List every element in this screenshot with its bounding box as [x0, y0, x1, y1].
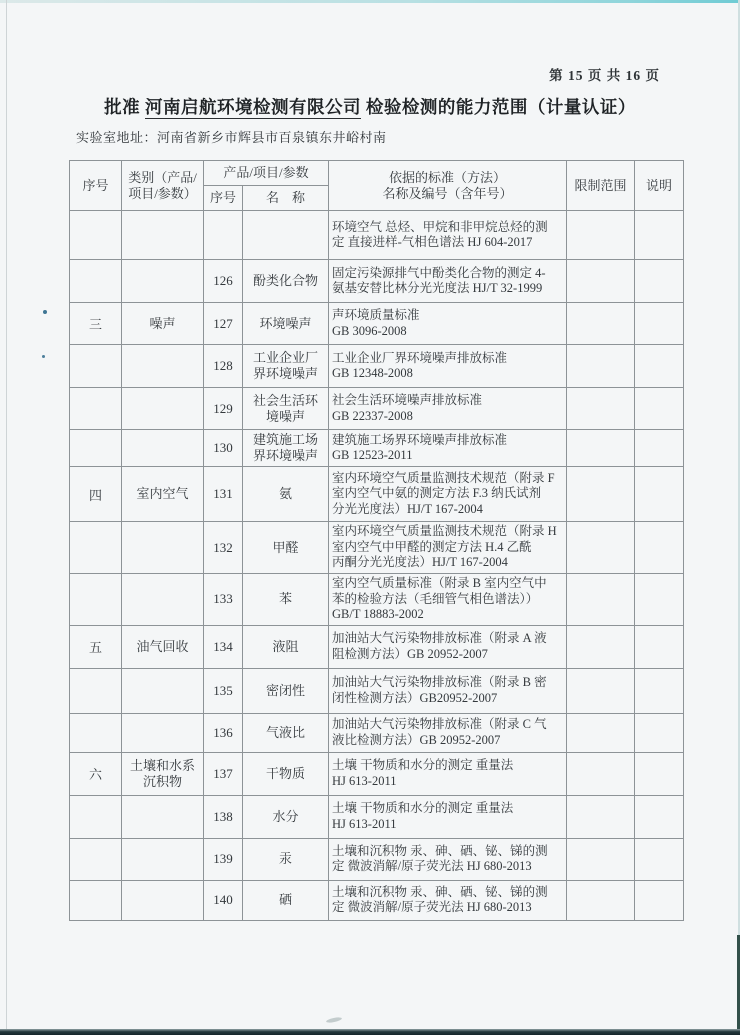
table-row: 130建筑施工场 界环境噪声建筑施工场界环境噪声排放标准 GB 12523-20…	[70, 430, 684, 467]
cell-category: 噪声	[122, 303, 204, 345]
ink-speck	[43, 310, 47, 314]
cell-item-name: 甲醛	[243, 522, 329, 574]
cell-item-name: 密闭性	[243, 668, 329, 713]
cell-note	[635, 625, 684, 668]
table-row: 136气液比加油站大气污染物排放标准（附录 C 气 液比检测方法）GB 2095…	[70, 713, 684, 752]
table-row: 三噪声127环境噪声声环境质量标准 GB 3096-2008	[70, 303, 684, 345]
scan-edge-top	[0, 0, 740, 3]
cell-note	[635, 260, 684, 303]
cell-standard: 社会生活环境噪声排放标准 GB 22337-2008	[329, 388, 567, 430]
header-item-name: 名 称	[243, 186, 329, 211]
cell-item-name: 社会生活环 境噪声	[243, 388, 329, 430]
cell-item-name: 环境噪声	[243, 303, 329, 345]
cell-note	[635, 388, 684, 430]
cell-note	[635, 880, 684, 920]
cell-item-name: 水分	[243, 795, 329, 838]
cell-standard: 室内环境空气质量监测技术规范（附录 H 室内空气中甲醛的测定方法 H.4 乙酰 …	[329, 522, 567, 574]
smudge-artifact	[326, 1016, 342, 1023]
cell-standard: 声环境质量标准 GB 3096-2008	[329, 303, 567, 345]
cell-limit	[567, 713, 635, 752]
cell-category: 室内空气	[122, 467, 204, 522]
cell-item-seq	[204, 211, 243, 260]
cell-category	[122, 880, 204, 920]
cell-category	[122, 211, 204, 260]
cell-note	[635, 522, 684, 574]
cell-note	[635, 345, 684, 388]
table-row: 五油气回收134液阻加油站大气污染物排放标准（附录 A 液 阻检测方法）GB 2…	[70, 625, 684, 668]
table-row: 132甲醛室内环境空气质量监测技术规范（附录 H 室内空气中甲醛的测定方法 H.…	[70, 522, 684, 574]
cell-group-seq	[70, 522, 122, 574]
cell-limit	[567, 303, 635, 345]
cell-category: 油气回收	[122, 625, 204, 668]
cell-note	[635, 467, 684, 522]
document-title: 批准 河南启航环境检测有限公司 检验检测的能力范围（计量认证）	[0, 94, 740, 119]
cell-item-name: 气液比	[243, 713, 329, 752]
cell-group-seq	[70, 838, 122, 880]
cell-group-seq	[70, 211, 122, 260]
cell-note	[635, 838, 684, 880]
cell-category	[122, 838, 204, 880]
cell-item-name: 液阻	[243, 625, 329, 668]
cell-group-seq	[70, 713, 122, 752]
cell-item-name: 苯	[243, 574, 329, 626]
table-row: 环境空气 总烃、甲烷和非甲烷总烃的测 定 直接进样-气相色谱法 HJ 604-2…	[70, 211, 684, 260]
table-row: 133苯室内空气质量标准（附录 B 室内空气中 苯的检验方法（毛细管气相色谱法）…	[70, 574, 684, 626]
cell-limit	[567, 345, 635, 388]
cell-limit	[567, 668, 635, 713]
cell-category	[122, 574, 204, 626]
table-body: 环境空气 总烃、甲烷和非甲烷总烃的测 定 直接进样-气相色谱法 HJ 604-2…	[70, 211, 684, 921]
header-note: 说明	[635, 161, 684, 211]
document-page: 第 15 页 共 16 页 批准 河南启航环境检测有限公司 检验检测的能力范围（…	[0, 0, 740, 1035]
cell-standard: 室内空气质量标准（附录 B 室内空气中 苯的检验方法（毛细管气相色谱法）） GB…	[329, 574, 567, 626]
cell-group-seq	[70, 430, 122, 467]
header-product-group: 产品/项目/参数	[204, 161, 329, 186]
cell-item-seq: 128	[204, 345, 243, 388]
cell-note	[635, 795, 684, 838]
cell-standard: 土壤和沉积物 汞、砷、硒、铋、锑的测 定 微波消解/原子荧光法 HJ 680-2…	[329, 880, 567, 920]
header-category: 类别（产品/ 项目/参数）	[122, 161, 204, 211]
cell-category	[122, 713, 204, 752]
scan-edge-bottom	[0, 1029, 740, 1035]
cell-group-seq	[70, 795, 122, 838]
cell-note	[635, 211, 684, 260]
table-row: 139汞土壤和沉积物 汞、砷、硒、铋、锑的测 定 微波消解/原子荧光法 HJ 6…	[70, 838, 684, 880]
table-row: 140硒土壤和沉积物 汞、砷、硒、铋、锑的测 定 微波消解/原子荧光法 HJ 6…	[70, 880, 684, 920]
cell-category: 土壤和水系 沉积物	[122, 752, 204, 795]
page-number: 第 15 页 共 16 页	[0, 64, 660, 84]
cell-standard: 土壤 干物质和水分的测定 重量法 HJ 613-2011	[329, 795, 567, 838]
table-row: 126酚类化合物固定污染源排气中酚类化合物的测定 4- 氨基安替比林分光光度法 …	[70, 260, 684, 303]
cell-group-seq: 四	[70, 467, 122, 522]
cell-item-seq: 127	[204, 303, 243, 345]
cell-group-seq	[70, 388, 122, 430]
cell-item-seq: 126	[204, 260, 243, 303]
cell-note	[635, 430, 684, 467]
cell-group-seq: 六	[70, 752, 122, 795]
cell-standard: 环境空气 总烃、甲烷和非甲烷总烃的测 定 直接进样-气相色谱法 HJ 604-2…	[329, 211, 567, 260]
cell-standard: 室内环境空气质量监测技术规范（附录 F 室内空气中氨的测定方法 F.3 纳氏试剂…	[329, 467, 567, 522]
table-row: 135密闭性加油站大气污染物排放标准（附录 B 密 闭性检测方法）GB20952…	[70, 668, 684, 713]
cell-item-seq: 133	[204, 574, 243, 626]
company-name: 河南启航环境检测有限公司	[145, 97, 361, 119]
table-header: 序号 类别（产品/ 项目/参数） 产品/项目/参数 依据的标准（方法） 名称及编…	[70, 161, 684, 211]
title-suffix: 检验检测的能力范围（计量认证）	[366, 97, 636, 117]
cell-group-seq	[70, 574, 122, 626]
cell-limit	[567, 752, 635, 795]
cell-group-seq	[70, 880, 122, 920]
cell-item-name: 干物质	[243, 752, 329, 795]
table-row: 128工业企业厂 界环境噪声工业企业厂界环境噪声排放标准 GB 12348-20…	[70, 345, 684, 388]
cell-group-seq: 三	[70, 303, 122, 345]
cell-category	[122, 668, 204, 713]
cell-group-seq	[70, 668, 122, 713]
cell-standard: 加油站大气污染物排放标准（附录 C 气 液比检测方法）GB 20952-2007	[329, 713, 567, 752]
cell-limit	[567, 388, 635, 430]
cell-limit	[567, 467, 635, 522]
cell-group-seq	[70, 345, 122, 388]
cell-item-name: 氨	[243, 467, 329, 522]
cell-note	[635, 303, 684, 345]
cell-limit	[567, 211, 635, 260]
cell-standard: 加油站大气污染物排放标准（附录 A 液 阻检测方法）GB 20952-2007	[329, 625, 567, 668]
header-limit: 限制范围	[567, 161, 635, 211]
cell-standard: 土壤 干物质和水分的测定 重量法 HJ 613-2011	[329, 752, 567, 795]
cell-limit	[567, 795, 635, 838]
cell-note	[635, 713, 684, 752]
title-prefix: 批准	[104, 97, 140, 117]
cell-note	[635, 752, 684, 795]
cell-limit	[567, 574, 635, 626]
cell-category	[122, 795, 204, 838]
cell-standard: 建筑施工场界环境噪声排放标准 GB 12523-2011	[329, 430, 567, 467]
cell-item-name: 工业企业厂 界环境噪声	[243, 345, 329, 388]
table-row: 138水分土壤 干物质和水分的测定 重量法 HJ 613-2011	[70, 795, 684, 838]
cell-item-seq: 132	[204, 522, 243, 574]
cell-item-seq: 135	[204, 668, 243, 713]
cell-limit	[567, 522, 635, 574]
cell-item-seq: 140	[204, 880, 243, 920]
cell-limit	[567, 625, 635, 668]
cell-note	[635, 574, 684, 626]
cell-category	[122, 388, 204, 430]
table-row: 四室内空气131氨室内环境空气质量监测技术规范（附录 F 室内空气中氨的测定方法…	[70, 467, 684, 522]
cell-item-name: 建筑施工场 界环境噪声	[243, 430, 329, 467]
cell-category	[122, 430, 204, 467]
cell-category	[122, 522, 204, 574]
cell-item-seq: 139	[204, 838, 243, 880]
ink-speck	[42, 355, 45, 358]
cell-category	[122, 345, 204, 388]
cell-item-seq: 136	[204, 713, 243, 752]
fold-line-artifact	[6, 0, 7, 1029]
cell-standard: 固定污染源排气中酚类化合物的测定 4- 氨基安替比林分光光度法 HJ/T 32-…	[329, 260, 567, 303]
table-row: 六土壤和水系 沉积物137干物质土壤 干物质和水分的测定 重量法 HJ 613-…	[70, 752, 684, 795]
table-row: 129社会生活环 境噪声社会生活环境噪声排放标准 GB 22337-2008	[70, 388, 684, 430]
cell-standard: 土壤和沉积物 汞、砷、硒、铋、锑的测 定 微波消解/原子荧光法 HJ 680-2…	[329, 838, 567, 880]
header-item-seq: 序号	[204, 186, 243, 211]
cell-limit	[567, 880, 635, 920]
cell-item-name: 硒	[243, 880, 329, 920]
cell-item-seq: 130	[204, 430, 243, 467]
cell-standard: 工业企业厂界环境噪声排放标准 GB 12348-2008	[329, 345, 567, 388]
cell-group-seq: 五	[70, 625, 122, 668]
cell-item-name	[243, 211, 329, 260]
cell-item-seq: 137	[204, 752, 243, 795]
cell-group-seq	[70, 260, 122, 303]
cell-item-name: 汞	[243, 838, 329, 880]
cell-category	[122, 260, 204, 303]
cell-item-seq: 134	[204, 625, 243, 668]
cell-standard: 加油站大气污染物排放标准（附录 B 密 闭性检测方法）GB20952-2007	[329, 668, 567, 713]
cell-limit	[567, 430, 635, 467]
cell-note	[635, 668, 684, 713]
cell-item-seq: 129	[204, 388, 243, 430]
cell-item-seq: 131	[204, 467, 243, 522]
header-standard: 依据的标准（方法） 名称及编号（含年号）	[329, 161, 567, 211]
cell-limit	[567, 260, 635, 303]
lab-address: 实验室地址：河南省新乡市辉县市百泉镇东井峪村南	[76, 127, 387, 146]
cell-item-name: 酚类化合物	[243, 260, 329, 303]
header-seq: 序号	[70, 161, 122, 211]
cell-limit	[567, 838, 635, 880]
capability-table: 序号 类别（产品/ 项目/参数） 产品/项目/参数 依据的标准（方法） 名称及编…	[69, 160, 684, 921]
cell-item-seq: 138	[204, 795, 243, 838]
